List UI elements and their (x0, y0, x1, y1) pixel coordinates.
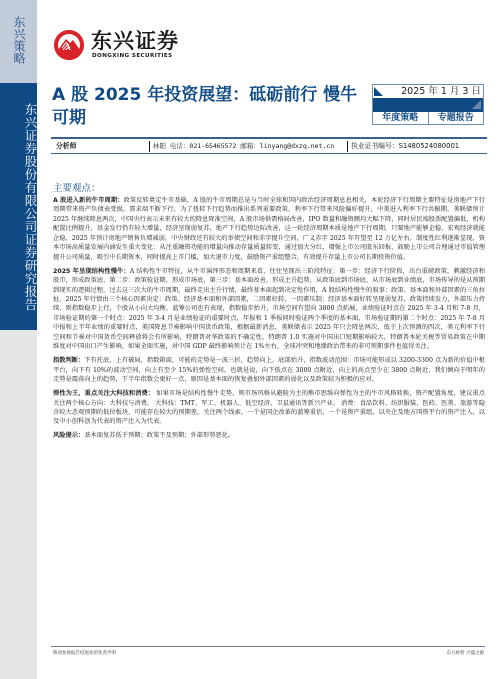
sidebar-company-label: 东兴证券股份有限公司证券研究报告 (0, 97, 37, 317)
report-title: A 股 2025 年投资展望：砥砺前行 慢牛可期 (52, 84, 367, 130)
report-date: 2025 年 1 月 3 日 (401, 85, 481, 98)
tag-special-report: 专题报告 (428, 112, 484, 125)
divider (347, 141, 348, 152)
company-logo: 东兴证券 DONGXING SECURITIES (54, 29, 184, 61)
sidebar-strategy-label: 东兴策略 (0, 10, 37, 70)
date-bar (373, 98, 483, 112)
report-body: A 股进入新的牛市周期：政策反转奠定牛市基础，A 股的牛市周期总是与当时全球和国… (53, 196, 485, 445)
corner-triangle-icon (374, 87, 383, 96)
paragraph-text: 下有托底，上有破局，指数箱面，可能的走势是一波三折，趋势向上，底部抬升，指数波动… (53, 357, 485, 383)
paragraph-tech-consumption: 弹性为王，重点关注大科技和消费： 如果市场是结构性慢牛走势，则市场风格从避险为主… (53, 389, 485, 427)
divider (51, 153, 487, 154)
sidebar-company-block: 东兴证券股份有限公司证券研究报告 (0, 83, 37, 330)
footer-divider (51, 646, 485, 647)
left-sidebar: 东兴策略 东兴证券股份有限公司证券研究报告 (0, 0, 37, 679)
paragraph-text: 基本面复苏低于预期；政策不及预期；外部形势恶化。 (84, 432, 234, 439)
date-box: 2025 年 1 月 3 日 年度策略 专题报告 (372, 84, 484, 125)
analyst-contact: 林阳 电话：021-65465572 邮箱：linyang@dxzq.net.c… (153, 140, 334, 152)
paragraph-risk-warning: 风险提示：基本面复苏低于预期；政策不及预期；外部形势恶化。 (53, 431, 485, 440)
paragraph-index-judgment: 指数判断：下有托底，上有破局，指数箱面，可能的走势是一波三折，趋势向上，底部抬升… (53, 356, 485, 384)
paragraph-new-bull-cycle: A 股进入新的牛市周期：政策反转奠定牛市基础，A 股的牛市周期总是与当时全球和国… (53, 196, 485, 262)
paragraph-lead: A 股进入新的牛市周期： (53, 197, 124, 204)
divider (149, 141, 150, 152)
paragraph-structural-slow-bull: 2025 年呈现结构性慢牛：A 结构性牛市特征，从牛市演绎形态和周期来看，往往呈… (53, 267, 485, 352)
tag-annual-strategy: 年度策略 (373, 112, 428, 125)
paragraph-lead: 2025 年呈现结构性慢牛： (53, 268, 130, 275)
sidebar-strategy-block: 东兴策略 (0, 0, 37, 83)
logo-name-en: DONGXING SECURITIES (92, 53, 173, 59)
paragraph-lead: 弹性为王，重点关注大科技和消费： (53, 390, 154, 397)
main-points-heading: 主要观点： (53, 180, 101, 194)
logo-mountain-icon (54, 30, 84, 60)
disclaimer-note: 敬请参阅报告结尾处的免责声明 (53, 650, 116, 656)
footer-slogan: 东方财智 兴盛之源 (447, 650, 484, 656)
corner-triangle-icon (472, 100, 481, 109)
logo-name-cn: 东兴证券 (91, 29, 179, 53)
paragraph-text: A 结构性牛市特征，从牛市演绎形态和周期来看，往往呈现出三阶段特征：第一步：经济… (53, 268, 485, 351)
paragraph-lead: 风险提示： (53, 432, 84, 439)
date-row: 2025 年 1 月 3 日 (373, 85, 483, 98)
divider (51, 137, 487, 139)
analyst-label: 分析师 (56, 140, 76, 152)
report-tags: 年度策略 专题报告 (373, 112, 483, 125)
paragraph-lead: 指数判断： (53, 357, 84, 364)
analyst-cert-number: 执业证书编号：S1480524080001 (351, 140, 459, 152)
paragraph-text: 政策反转奠定牛市基础，A 股的牛市周期总是与当时全球和国内政治经济周期息息相关，… (53, 197, 485, 261)
analyst-row: 分析师 林阳 电话：021-65465572 邮箱：linyang@dxzq.n… (51, 140, 487, 152)
